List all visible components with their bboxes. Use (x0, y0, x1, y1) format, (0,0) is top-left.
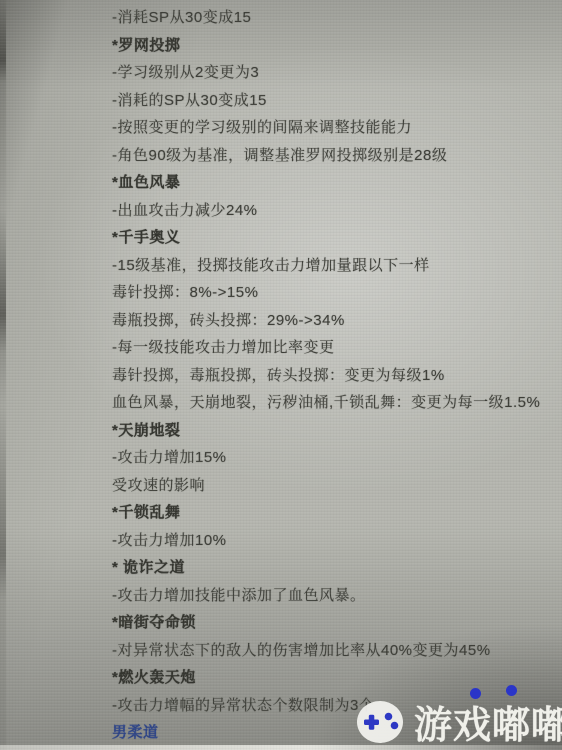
patch-note-line: 血色风暴，天崩地裂，污秽油桶,千锁乱舞：变更为每一级1.5% (112, 394, 552, 411)
patch-note-line: -角色90级为基准，调整基准罗网投掷级别是28级 (112, 147, 552, 164)
patch-note-line: -攻击力增加10% (112, 532, 552, 549)
watermark: 游戏嘟嘟 (355, 694, 562, 749)
skill-title: *天崩地裂 (112, 422, 552, 439)
watermark-text: 游戏嘟嘟 (414, 694, 562, 749)
skill-title: * 诡诈之道 (112, 559, 552, 576)
skill-title: *血色风暴 (112, 174, 552, 191)
watermark-label: 游戏嘟嘟 (414, 705, 562, 747)
patch-note-line: -攻击力增加技能中添加了血色风暴。 (112, 587, 552, 604)
patch-note-line: -15级基准，投掷技能攻击力增加量跟以下一样 (112, 257, 552, 274)
patch-notes-list: -消耗SP从30变成15*罗网投掷-学习级别从2变更为3-消耗的SP从30变成1… (112, 9, 552, 750)
watermark-accent-dot (470, 688, 481, 699)
watermark-accent-dot (506, 685, 517, 696)
patch-note-line: -对异常状态下的敌人的伤害增加比率从40%变更为45% (112, 642, 552, 659)
photo-left-edge-shadow (0, 0, 6, 750)
patch-note-line: -出血攻击力减少24% (112, 202, 552, 219)
skill-title: *燃火轰天炮 (112, 669, 552, 686)
patch-note-line: -学习级别从2变更为3 (112, 64, 552, 81)
skill-title: *罗网投掷 (112, 37, 552, 54)
skill-title: *千锁乱舞 (112, 504, 552, 521)
patch-note-line: -攻击力增加15% (112, 449, 552, 466)
skill-title: *暗街夺命锁 (112, 614, 552, 631)
patch-note-line: 毒针投掷：8%->15% (112, 284, 552, 301)
patch-note-line: -消耗SP从30变成15 (112, 9, 552, 26)
gamepad-icon (355, 699, 405, 745)
skill-title: *千手奥义 (112, 229, 552, 246)
patch-note-line: 受攻速的影响 (112, 477, 552, 494)
patch-note-line: -按照变更的学习级别的间隔来调整技能能力 (112, 119, 552, 136)
patch-note-line: 毒针投掷，毒瓶投掷，砖头投掷：变更为每级1% (112, 367, 552, 384)
patch-note-line: -每一级技能攻击力增加比率变更 (112, 339, 552, 356)
patch-note-line: -消耗的SP从30变成15 (112, 92, 552, 109)
patch-note-line: 毒瓶投掷，砖头投掷：29%->34% (112, 312, 552, 329)
screen-photo: -消耗SP从30变成15*罗网投掷-学习级别从2变更为3-消耗的SP从30变成1… (0, 0, 562, 750)
